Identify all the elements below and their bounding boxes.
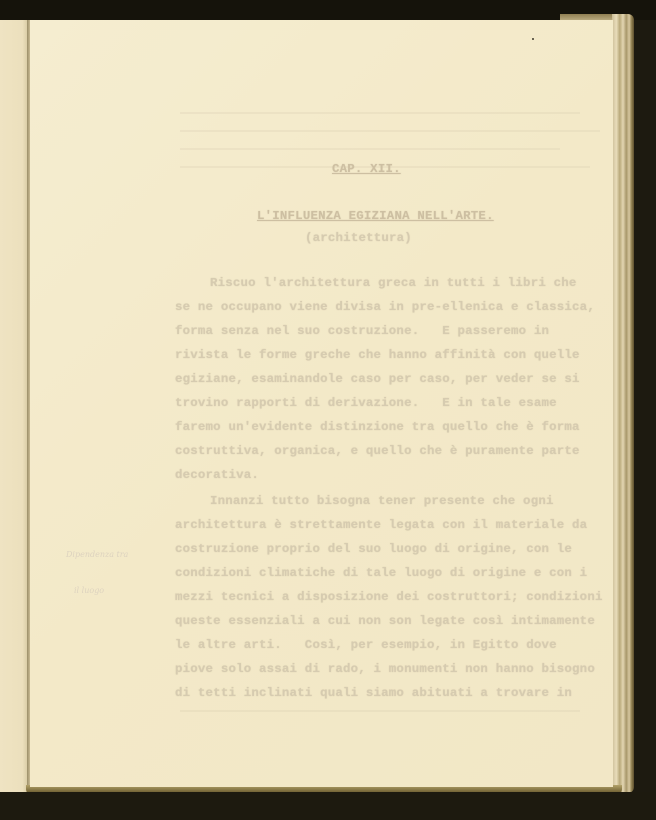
text-line: decorativa. bbox=[175, 468, 259, 482]
margin-note-line: Dipendenza tra bbox=[66, 549, 128, 561]
text-line: piove solo assai di rado, i monumenti no… bbox=[175, 662, 595, 676]
text-line: se ne occupano viene divisa in pre-ellen… bbox=[175, 300, 595, 314]
facing-page-edge bbox=[0, 20, 28, 793]
text-line: costruttiva, organica, e quello che è pu… bbox=[175, 444, 580, 458]
text-line: queste essenziali a cui non son legate c… bbox=[175, 614, 595, 628]
scanner-background-top bbox=[0, 0, 656, 20]
text-line: costruzione proprio del suo luogo di ori… bbox=[175, 542, 572, 556]
bleed-through-line bbox=[180, 130, 600, 132]
text-line: forma senza nel suo costruzione. E passe… bbox=[175, 324, 549, 338]
text-line: Innanzi tutto bisogna tener presente che… bbox=[210, 494, 554, 508]
chapter-subtitle: (architettura) bbox=[305, 231, 412, 245]
book-page-stack-edge bbox=[612, 14, 634, 793]
text-line: le altre arti. Così, per esempio, in Egi… bbox=[175, 638, 557, 652]
text-line: faremo un'evidente distinzione tra quell… bbox=[175, 420, 580, 434]
text-line: trovino rapporti di derivazione. E in ta… bbox=[175, 396, 557, 410]
chapter-heading: CAP. XII. bbox=[332, 162, 401, 176]
bleed-through-line bbox=[180, 148, 560, 150]
text-line: egiziane, esaminandole caso per caso, pe… bbox=[175, 372, 580, 386]
scanner-background-bottom bbox=[0, 792, 656, 820]
handwritten-margin-note: Dipendenza tra il luogo bbox=[66, 525, 128, 621]
text-line: condizioni climatiche di tale luogo di o… bbox=[175, 566, 587, 580]
bleed-through-line bbox=[180, 112, 580, 114]
margin-note-line: il luogo bbox=[66, 585, 128, 597]
chapter-title: L'INFLUENZA EGIZIANA NELL'ARTE. bbox=[257, 209, 494, 223]
text-line: rivista le forme greche che hanno affini… bbox=[175, 348, 580, 362]
document-page: CAP. XII. L'INFLUENZA EGIZIANA NELL'ARTE… bbox=[30, 20, 613, 787]
text-line: mezzi tecnici a disposizione dei costrut… bbox=[175, 590, 603, 604]
bleed-through-line bbox=[180, 710, 580, 712]
text-line: architettura è strettamente legata con i… bbox=[175, 518, 587, 532]
text-line: di tetti inclinati quali siamo abituati … bbox=[175, 686, 572, 700]
paper-speck bbox=[532, 38, 534, 40]
text-line: Riscuo l'architettura greca in tutti i l… bbox=[210, 276, 577, 290]
